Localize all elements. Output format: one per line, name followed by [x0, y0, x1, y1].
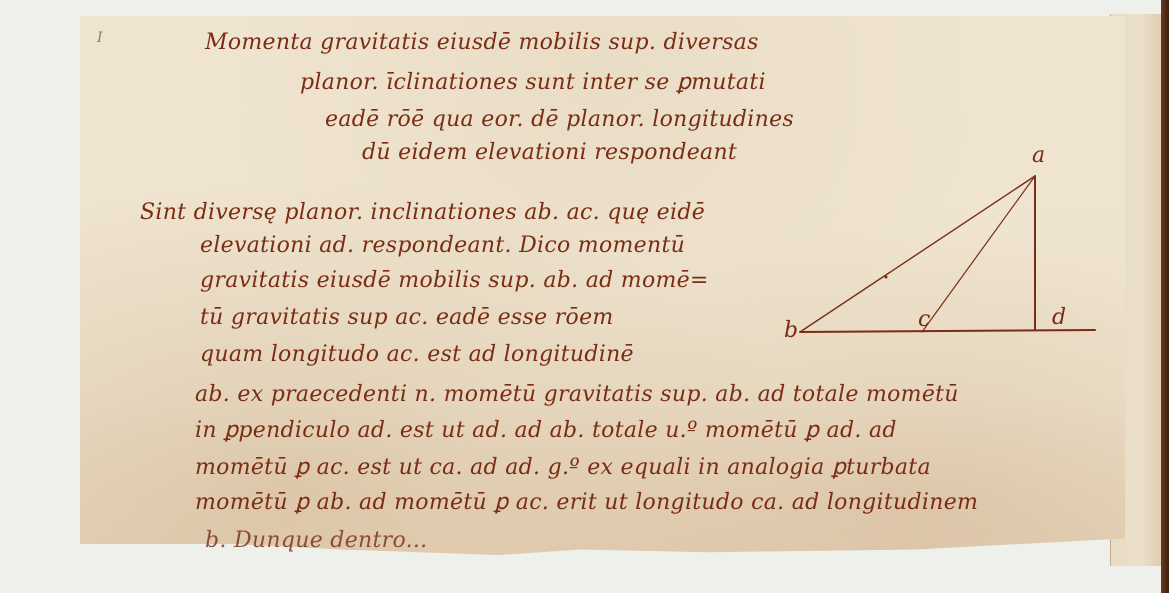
- body-line-9: momētū ꝑ ab. ad momētū ꝑ ac. erit ut lon…: [195, 490, 978, 515]
- body-line-10: b. Dunque dentro...: [205, 528, 427, 553]
- body-line-3: gravitatis eiusdē mobilis sup. ab. ad mo…: [200, 268, 709, 293]
- point-c-label: c: [918, 307, 930, 332]
- body-line-7: in ꝑpendiculo ad. est ut ad. ad ab. tota…: [195, 418, 897, 443]
- folio-mark: I: [97, 30, 103, 46]
- title-line-4: dū eidem elevationi respondeant: [362, 140, 737, 165]
- title-line-3: eadē rōē qua eor. dē planor. longitudine…: [325, 107, 794, 132]
- title-line-2: planor. īclinationes sunt inter se ꝑmuta…: [300, 70, 766, 95]
- body-line-6: ab. ex praecedenti n. momētū gravitatis …: [195, 382, 959, 407]
- body-line-8: momētū ꝑ ac. est ut ca. ad ad. g.º ex eq…: [195, 455, 931, 480]
- segment-ac: [922, 176, 1035, 332]
- point-d-label: d: [1052, 305, 1066, 330]
- point-b-label: b: [784, 318, 798, 343]
- title-line-1: Momenta gravitatis eiusdē mobilis sup. d…: [205, 30, 759, 55]
- binding-edge: [1161, 0, 1169, 593]
- body-line-5: quam longitudo ac. est ad longitudinē: [200, 342, 634, 367]
- inclined-planes-diagram: a b c d: [770, 140, 1130, 350]
- body-line-2: elevationi ad. respondeant. Dico momentū: [200, 233, 685, 258]
- scan-background: I Momenta gravitatis eiusdē mobilis sup.…: [0, 0, 1169, 593]
- baseline-bd: [800, 330, 1095, 332]
- point-a-label: a: [1032, 143, 1045, 168]
- body-line-1: Sint diversę planor. inclinationes ab. a…: [140, 200, 705, 225]
- body-line-4: tū gravitatis sup ac. eadē esse rōem: [200, 305, 614, 330]
